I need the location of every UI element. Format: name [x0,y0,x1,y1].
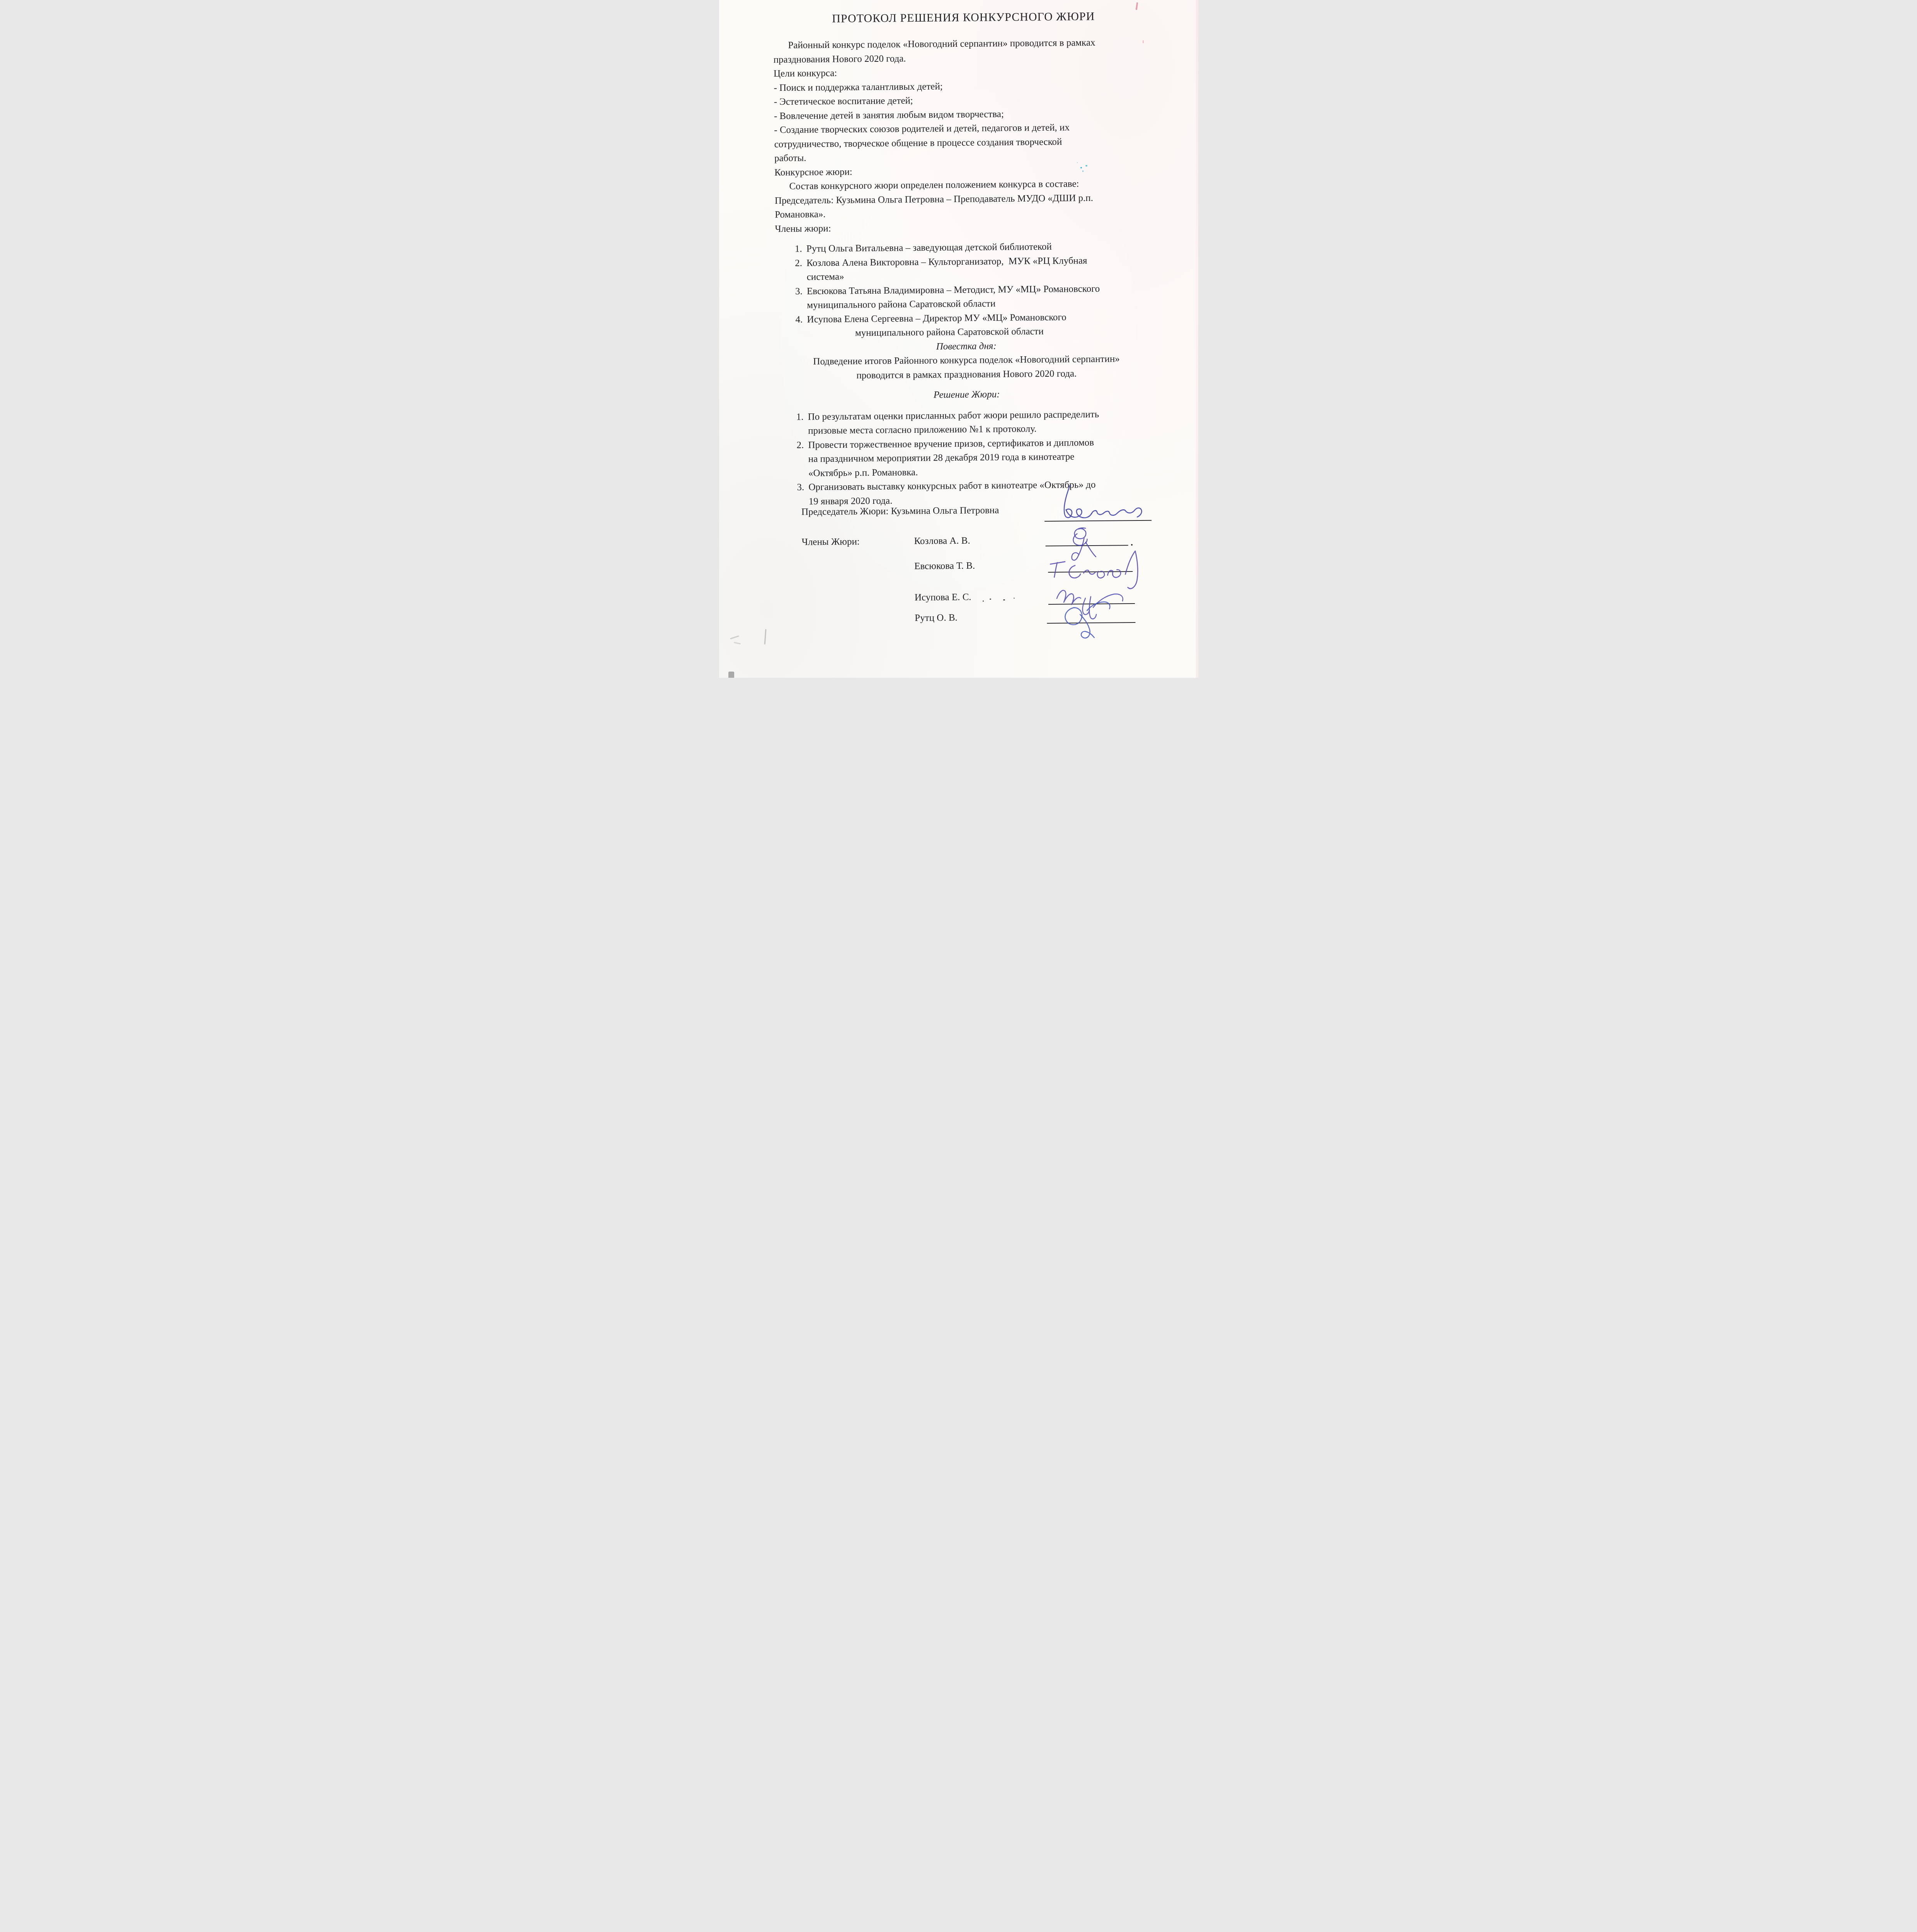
scan-artifact-ink-speck [1003,599,1005,600]
scanned-protocol-page: ПРОТОКОЛ РЕШЕНИЯ КОНКУРСНОГО ЖЮРИ Районн… [719,0,1198,678]
scan-edge-tint [1196,0,1198,678]
members-signature-label: Члены Жюри: [801,535,859,549]
scan-artifact-cyan-speck [1080,167,1082,168]
chairman-signature-label: Председатель Жюри: Кузьмина Ольга Петров… [801,503,999,519]
scan-artifact-period-dot [1131,544,1133,546]
scan-artifact-cyan-speck [1077,162,1078,163]
signer-name-isupova: Исупова Е. С. [914,590,971,605]
scan-artifact-ink-speck [990,599,991,600]
signer-name-kozlova: Козлова А. В. [914,534,970,548]
scan-artifact-ink-speck [1014,598,1015,599]
document-content: ПРОТОКОЛ РЕШЕНИЯ КОНКУРСНОГО ЖЮРИ Районн… [719,0,1198,678]
scan-artifact-pink-dot [1143,40,1144,43]
rutts-signature-ink [1048,599,1123,641]
signer-name-rutts: Рутц О. В. [915,611,958,625]
signature-section: Председатель Жюри: Кузьмина Ольга Петров… [719,0,1198,678]
scan-artifact-ink-speck [983,600,984,602]
chairman-signature-ink [1048,483,1146,527]
scan-artifact-smudge [728,672,734,678]
scan-artifact-cyan-speck [1085,165,1087,167]
signer-name-evsyukova: Евсюкова Т. В. [914,559,975,573]
scan-artifact-cyan-speck [1082,170,1084,172]
